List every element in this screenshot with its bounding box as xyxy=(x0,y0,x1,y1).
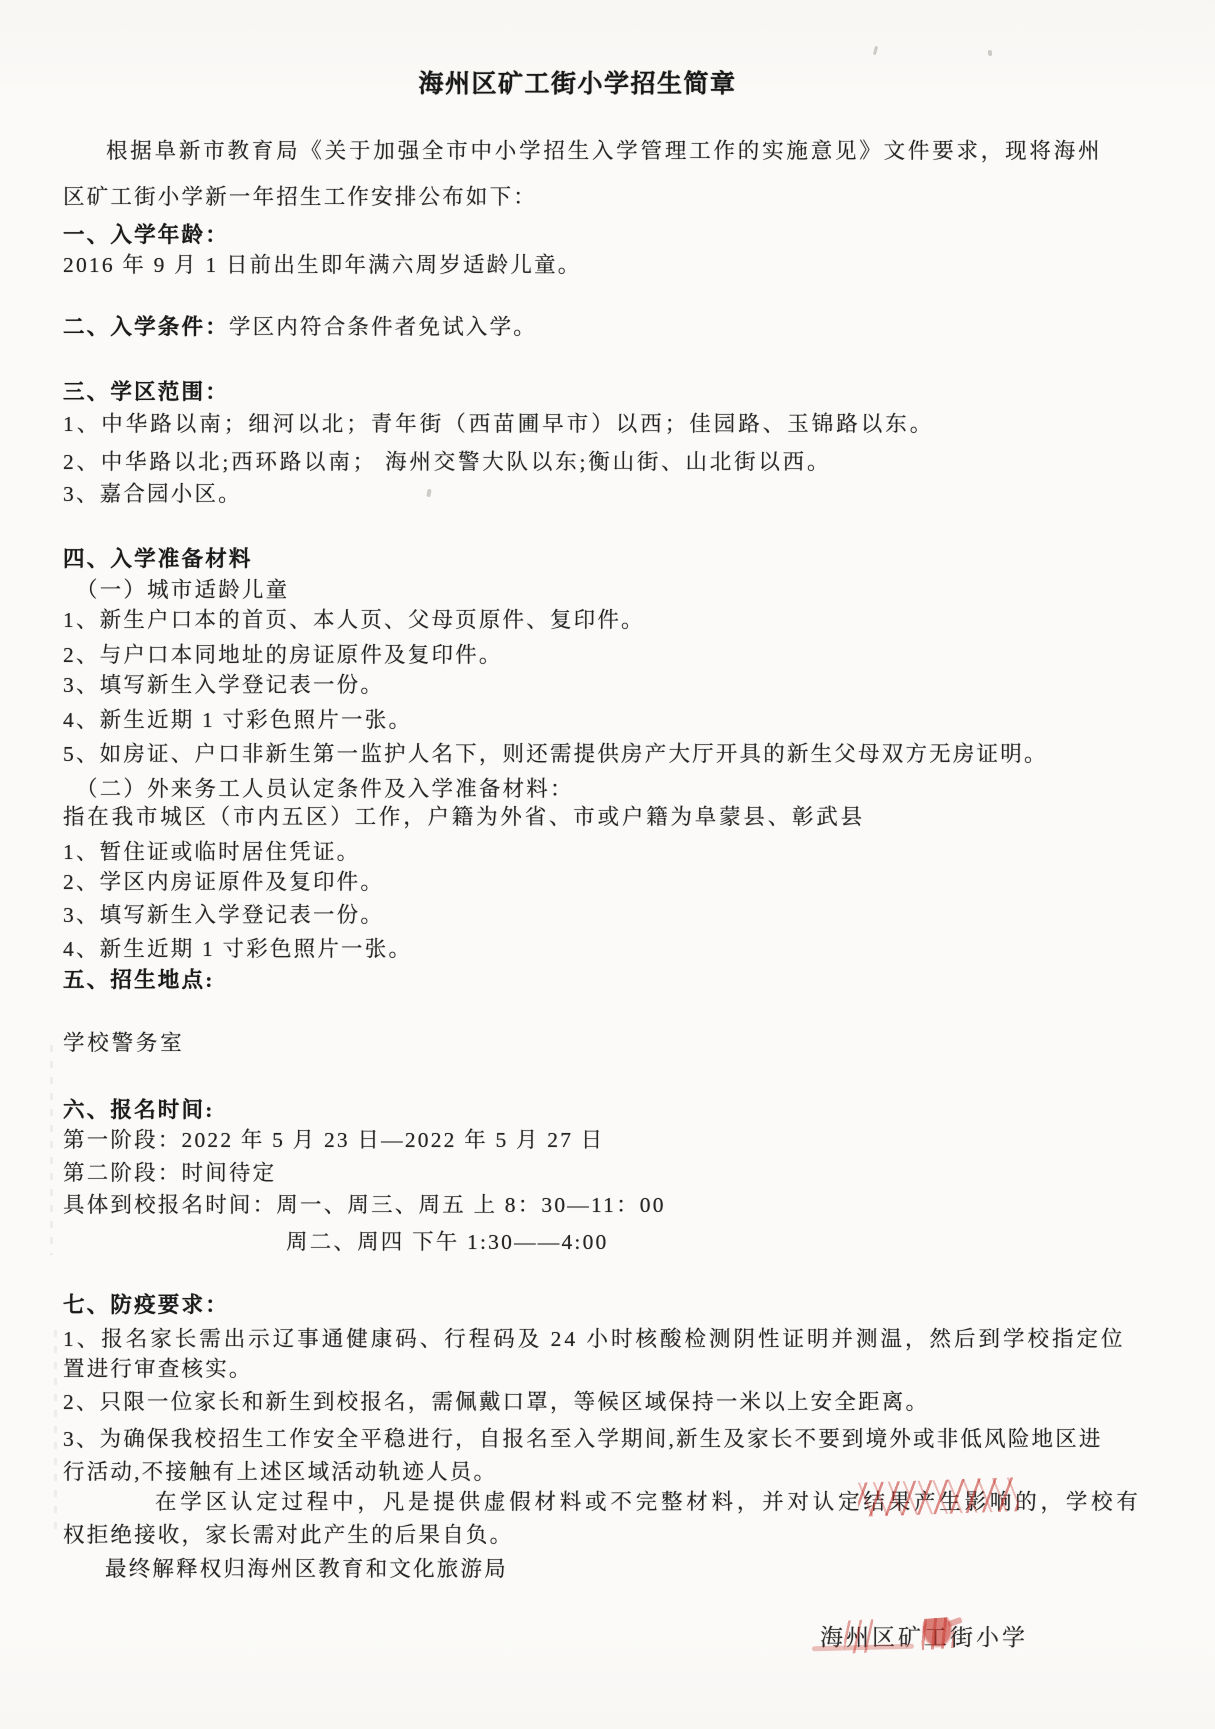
signature-marked-1: 州 xyxy=(846,1625,872,1650)
section6-schedule-line-2: 周二、周四 下午 1:30——4:00 xyxy=(286,1229,609,1256)
section1-body: 2016 年 9 月 1 日前出生即年满六周岁适龄儿童。 xyxy=(63,252,581,279)
signature-part-2: 区矿 xyxy=(872,1625,924,1650)
section7-item3-line-2: 行活动,不接触有上述区域活动轨迹人员。 xyxy=(63,1459,497,1486)
red-ink-mark-light: 州 xyxy=(846,1624,872,1651)
section4-part2-note: 指在我市城区（市内五区）工作，户籍为外省、市或户籍为阜蒙县、彰武县 xyxy=(63,804,865,831)
scan-speck xyxy=(426,489,431,498)
scan-artifact-band xyxy=(50,1045,53,1255)
scan-speck xyxy=(988,50,993,56)
section2-line: 二、入学条件：学区内符合条件者免试入学。 xyxy=(63,314,537,341)
section6-phase-2: 第二阶段：时间待定 xyxy=(63,1160,276,1187)
section5-body: 学校警务室 xyxy=(63,1030,185,1057)
red-ink-scribble-mark: 结果产生影响 xyxy=(863,1489,1015,1516)
section7-item3-line-1: 3、为确保我校招生工作安全平稳进行，自报名至入学期间,新生及家长不要到境外或非低… xyxy=(63,1426,1103,1453)
section3-heading: 三、学区范围： xyxy=(63,379,229,406)
closing-line-2: 权拒绝接收，家长需对此产生的后果自负。 xyxy=(63,1522,513,1549)
red-ink-mark-heavy: 工 xyxy=(924,1624,950,1651)
section7-item2: 2、只限一位家长和新生到校报名，需佩戴口罩，等候区域保持一米以上安全距离。 xyxy=(63,1389,929,1416)
section6-heading: 六、报名时间: xyxy=(63,1097,215,1124)
intro-line-1: 根据阜新市教育局《关于加强全市中小学招生入学管理工作的实施意见》文件要求，现将海… xyxy=(106,138,1102,165)
section2-body: 学区内符合条件者免试入学。 xyxy=(229,315,537,339)
section4-part2-item-1: 1、暂住证或临时居住凭证。 xyxy=(63,839,360,866)
section4-part2-item-4: 4、新生近期 1 寸彩色照片一张。 xyxy=(63,936,412,963)
closing-line-3: 最终解释权归海州区教育和文化旅游局 xyxy=(105,1556,508,1583)
section4-part1-item-1: 1、新生户口本的首页、本人页、父母页原件、复印件。 xyxy=(63,607,645,634)
section4-part1-item-2: 2、与户口本同地址的房证原件及复印件。 xyxy=(63,642,503,669)
section7-item1-line-2: 置进行审查核实。 xyxy=(63,1356,253,1383)
signature-marked-2: 工 xyxy=(924,1625,950,1650)
section6-phase-1: 第一阶段：2022 年 5 月 23 日—2022 年 5 月 27 日 xyxy=(63,1127,604,1154)
section6-schedule-line-1: 具体到校报名时间：周一、周三、周五 上 8：30—11：00 xyxy=(63,1192,666,1219)
section7-heading: 七、防疫要求： xyxy=(63,1292,229,1319)
section4-part1-item-3: 3、填写新生入学登记表一份。 xyxy=(63,672,384,699)
section4-part2-item-3: 3、填写新生入学登记表一份。 xyxy=(63,902,384,929)
school-signature: 海州区矿工街小学 xyxy=(820,1624,1028,1651)
closing-line-1-post: 的，学校有 xyxy=(1015,1490,1142,1514)
section5-heading: 五、招生地点: xyxy=(63,967,215,994)
signature-part-1: 海 xyxy=(820,1625,846,1650)
section4-part1-heading: （一）城市适龄儿童 xyxy=(76,577,289,604)
section3-item-1: 1、中华路以南；细河以北；青年街（西苗圃早市）以西；佳园路、玉锦路以东。 xyxy=(63,411,934,438)
scanned-document-page: 海州区矿工街小学招生简章 根据阜新市教育局《关于加强全市中小学招生入学管理工作的… xyxy=(0,0,1215,1729)
scan-speck xyxy=(873,46,878,55)
intro-line-2: 区矿工街小学新一年招生工作安排公布如下： xyxy=(63,184,537,211)
section4-part2-item-2: 2、学区内房证原件及复印件。 xyxy=(63,869,384,896)
closing-line-1: 在学区认定过程中，凡是提供虚假材料或不完整材料，并对认定结果产生影响的，学校有 xyxy=(155,1489,1142,1516)
page-title: 海州区矿工街小学招生简章 xyxy=(0,64,1185,100)
section7-item1-line-1: 1、报名家长需出示辽事通健康码、行程码及 24 小时核酸检测阴性证明并测温，然后… xyxy=(63,1326,1126,1353)
section3-item-2: 2、中华路以北;西环路以南； 海州交警大队以东;衡山街、山北街以西。 xyxy=(63,449,831,476)
closing-line-1-marked: 结果产生影响 xyxy=(863,1490,1015,1514)
section4-heading: 四、入学准备材料 xyxy=(63,546,253,573)
section1-heading: 一、入学年龄： xyxy=(63,222,229,249)
section2-heading: 二、入学条件： xyxy=(63,315,229,339)
signature-part-3: 街小学 xyxy=(950,1624,1028,1651)
section4-part2-heading: （二）外来务工人员认定条件及入学准备材料： xyxy=(76,776,574,803)
section3-item-3: 3、嘉合园小区。 xyxy=(63,481,242,508)
section4-part1-item-4: 4、新生近期 1 寸彩色照片一张。 xyxy=(63,707,412,734)
scan-artifact-band xyxy=(54,1330,57,1530)
section4-part1-item-5: 5、如房证、户口非新生第一监护人名下，则还需提供房产大厅开具的新生父母双方无房证… xyxy=(63,741,1048,768)
closing-line-1-pre: 在学区认定过程中，凡是提供虚假材料或不完整材料，并对认定 xyxy=(155,1490,863,1514)
